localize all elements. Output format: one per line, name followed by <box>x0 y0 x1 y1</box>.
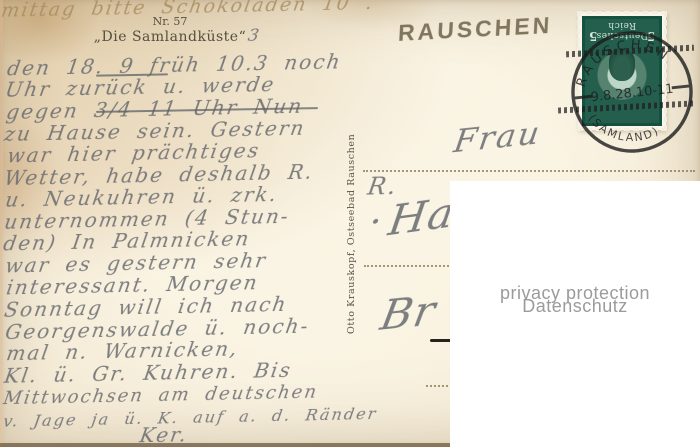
card-edge <box>0 0 3 447</box>
handwriting-signature: Ker. <box>138 423 190 447</box>
handwriting-address-city-partial: Br <box>377 285 440 339</box>
postmark-bar <box>574 96 592 98</box>
address-line-rule <box>363 170 695 172</box>
pencil-note: RAUSCHEN <box>397 12 553 47</box>
publisher-imprint: Otto Krauskopf, Ostseebad Rauschen <box>346 134 357 334</box>
privacy-overlay: privacy protection Datenschutz <box>450 181 700 447</box>
postmark-region: (SAMLAND) <box>585 106 663 150</box>
handwriting-line: v. Jage ja ü. K. auf a. d. Ränder <box>2 404 379 431</box>
card-edge-shadow <box>0 443 452 447</box>
svg-text:(SAMLAND): (SAMLAND) <box>585 106 663 150</box>
postcard-back: Nr. 57 „Die Samlandküste“ 3 mittag bitte… <box>0 0 700 447</box>
handwriting-stray-dot: . <box>370 200 386 230</box>
handwriting-address-name-partial: Ha <box>385 188 458 245</box>
address-line-rule <box>364 265 452 267</box>
postmark-bar <box>672 86 690 88</box>
address-line-rule <box>426 385 452 387</box>
handwriting-address-salutation: Frau <box>451 114 543 161</box>
postmark: RAUSCHEN (SAMLAND) 9.8.28.10-11 <box>559 19 700 164</box>
privacy-text-de: Datenschutz <box>450 300 700 313</box>
